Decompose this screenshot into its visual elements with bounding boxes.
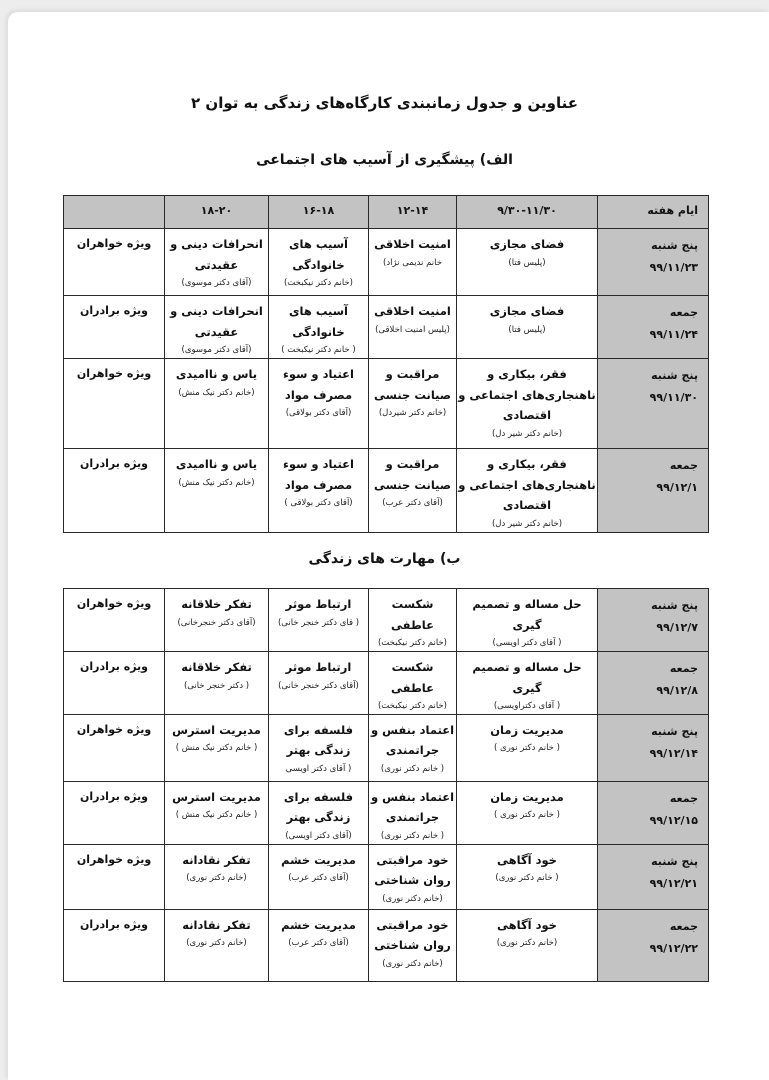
workshop-title: انحرافات دینی و عقیدتی — [165, 234, 268, 275]
workshop-title: انحرافات دینی و عقیدتی — [165, 301, 268, 342]
table-row: پنج شنبه۹۹/۱۲/۱۴مدیریت زمان( خانم دکتر ن… — [64, 714, 709, 781]
workshop-presenter: (آقای دکتر بولاقی) — [269, 406, 368, 420]
workshop-cell: شکست عاطفی(خانم دکتر نیکبخت) — [369, 651, 457, 714]
scanned-schedule-document: { "page": { "title": "عناوین و جدول زمان… — [0, 0, 769, 1080]
day-header-cell: ایام هفته — [598, 196, 709, 229]
day-name: جمعه — [602, 916, 698, 938]
workshop-presenter: (خانم دکتر شیر دل) — [457, 517, 597, 531]
audience-cell: ویژه برادران — [64, 449, 165, 533]
day-date: ۹۹/۱۲/۲۲ — [602, 938, 698, 960]
schedule-table-social-harms: ایام هفته۹/۳۰-۱۱/۳۰۱۲-۱۴۱۶-۱۸۱۸-۲۰پنج شن… — [63, 195, 709, 533]
workshop-presenter: خانم ندیمی نژاد) — [369, 256, 456, 270]
workshop-cell: اعتیاد و سوء مصرف مواد(آقای دکتر بولاقی) — [269, 359, 369, 449]
workshop-title: فقر، بیکاری و ناهنجاری‌های اجتماعی و اقت… — [457, 364, 597, 426]
table-row: پنج شنبه۹۹/۱۱/۲۳فضای مجازی(پلیس فتا)امنی… — [64, 229, 709, 296]
workshop-presenter: (خانم دکتر نوری) — [457, 936, 597, 950]
workshop-cell: مراقبت و صیانت جنسی(آقای دکتر عرب) — [369, 449, 457, 533]
audience-label: ویژه برادران — [64, 304, 164, 317]
workshop-title: تفکر خلاقانه — [165, 594, 268, 615]
workshop-presenter: ( دکتر خنجر خانی) — [165, 679, 268, 693]
audience-cell: ویژه برادران — [64, 781, 165, 844]
audience-cell: ویژه خواهران — [64, 359, 165, 449]
day-date: ۹۹/۱۲/۱ — [602, 477, 698, 499]
table-row: جمعه۹۹/۱۲/۱فقر، بیکاری و ناهنجاری‌های اج… — [64, 449, 709, 533]
workshop-cell: مدیریت زمان( خانم دکتر نوری ) — [457, 781, 598, 844]
workshop-title: آسیب های خانوادگی — [269, 301, 368, 342]
workshop-cell: تفکر خلاقانه( دکتر خنجر خانی) — [165, 651, 269, 714]
time-header-cell: ۱۸-۲۰ — [165, 196, 269, 229]
workshop-title: ارتباط موثر — [269, 657, 368, 678]
table-row: جمعه۹۹/۱۲/۸حل مساله و تصمیم گیری( آقای د… — [64, 651, 709, 714]
workshop-title: مدیریت خشم — [269, 850, 368, 871]
workshop-title: تفکر نقادانه — [165, 850, 268, 871]
table-row: جمعه۹۹/۱۲/۱۵مدیریت زمان( خانم دکتر نوری … — [64, 781, 709, 844]
workshop-presenter: ( آقای دکتراویسی) — [457, 699, 597, 713]
workshop-cell: ارتباط موثر(آقای دکتر خنجر خانی) — [269, 651, 369, 714]
workshop-title: فقر، بیکاری و ناهنجاری‌های اجتماعی و اقت… — [457, 454, 597, 516]
audience-label: ویژه خواهران — [64, 237, 164, 250]
day-name: پنج شنبه — [602, 721, 698, 743]
workshop-presenter: (آقای دکتر عرب) — [269, 871, 368, 885]
workshop-presenter: (پلیس امنیت اخلاقی) — [369, 323, 456, 337]
day-cell: جمعه۹۹/۱۱/۲۴ — [598, 296, 709, 359]
table-row: پنج شنبه۹۹/۱۲/۲۱خود آگاهی( خانم دکتر نور… — [64, 844, 709, 909]
workshop-cell: ارتباط موثر( قای دکتر خنجر خانی) — [269, 589, 369, 652]
workshop-title: اعتماد بنفس و جراتمندی — [369, 720, 456, 761]
workshop-presenter: (خانم دکتر نیک منش) — [165, 476, 268, 490]
workshop-presenter: (خانم دکتر شیردل) — [369, 406, 456, 420]
workshop-presenter: (خانم دکتر شیر دل) — [457, 427, 597, 441]
workshop-title: شکست عاطفی — [369, 657, 456, 698]
workshop-cell: فلسفه برای زندگی بهتر(آقای دکتر اویسی) — [269, 781, 369, 844]
empty-header-cell — [64, 196, 165, 229]
schedule-table-life-skills: پنج شنبه۹۹/۱۲/۷حل مساله و تصمیم گیری( آق… — [63, 588, 709, 982]
workshop-presenter: (خانم دکتر نیک منش) — [165, 386, 268, 400]
workshop-title: مدیریت استرس — [165, 787, 268, 808]
workshop-cell: خود مراقبتی روان شناختی(خانم دکتر نوری) — [369, 909, 457, 981]
workshop-cell: یاس و ناامیدی(خانم دکتر نیک منش) — [165, 449, 269, 533]
workshop-title: خود مراقبتی روان شناختی — [369, 915, 456, 956]
workshop-title: اعتیاد و سوء مصرف مواد — [269, 454, 368, 495]
day-cell: پنج شنبه۹۹/۱۲/۷ — [598, 589, 709, 652]
workshop-cell: فقر، بیکاری و ناهنجاری‌های اجتماعی و اقت… — [457, 359, 598, 449]
workshop-presenter: (آقای دکتر موسوی) — [165, 276, 268, 290]
audience-cell: ویژه برادران — [64, 296, 165, 359]
workshop-presenter: (خانم دکتر نیکبخت) — [269, 276, 368, 290]
workshop-cell: انحرافات دینی و عقیدتی(آقای دکتر موسوی) — [165, 229, 269, 296]
workshop-title: یاس و ناامیدی — [165, 454, 268, 475]
table-header-row: ایام هفته۹/۳۰-۱۱/۳۰۱۲-۱۴۱۶-۱۸۱۸-۲۰ — [64, 196, 709, 229]
workshop-cell: اعتماد بنفس و جراتمندی( خانم دکتر نوری) — [369, 714, 457, 781]
day-cell: جمعه۹۹/۱۲/۲۲ — [598, 909, 709, 981]
day-cell: پنج شنبه۹۹/۱۲/۲۱ — [598, 844, 709, 909]
workshop-presenter: ( آقای دکتر اویسی) — [457, 636, 597, 650]
workshop-title: آسیب های خانوادگی — [269, 234, 368, 275]
table-row: جمعه۹۹/۱۲/۲۲خود آگاهی(خانم دکتر نوری)خود… — [64, 909, 709, 981]
workshop-presenter: (پلیس فتا) — [457, 323, 597, 337]
workshop-cell: فضای مجازی(پلیس فتا) — [457, 296, 598, 359]
workshop-cell: تفکر خلاقانه(آقای دکتر خنجرخانی) — [165, 589, 269, 652]
time-header-cell: ۱۶-۱۸ — [269, 196, 369, 229]
audience-cell: ویژه خواهران — [64, 589, 165, 652]
day-name: جمعه — [602, 455, 698, 477]
workshop-title: تفکر نقادانه — [165, 915, 268, 936]
workshop-presenter: (خانم دکتر نوری) — [369, 892, 456, 906]
day-name: پنج شنبه — [602, 235, 698, 257]
workshop-cell: مدیریت خشم(آقای دکتر عرب) — [269, 844, 369, 909]
workshop-presenter: (آقای دکتر موسوی) — [165, 343, 268, 357]
workshop-title: مدیریت زمان — [457, 787, 597, 808]
audience-label: ویژه خواهران — [64, 597, 164, 610]
audience-cell: ویژه برادران — [64, 651, 165, 714]
workshop-presenter: ( قای دکتر خنجر خانی) — [269, 616, 368, 630]
workshop-cell: فقر، بیکاری و ناهنجاری‌های اجتماعی و اقت… — [457, 449, 598, 533]
audience-cell: ویژه خواهران — [64, 844, 165, 909]
day-cell: جمعه۹۹/۱۲/۸ — [598, 651, 709, 714]
workshop-cell: فضای مجازی(پلیس فتا) — [457, 229, 598, 296]
workshop-presenter: (آقای دکتر خنجر خانی) — [269, 679, 368, 693]
workshop-title: خود آگاهی — [457, 850, 597, 871]
day-date: ۹۹/۱۱/۲۳ — [602, 257, 698, 279]
workshop-presenter: ( خانم دکتر نوری) — [369, 829, 456, 843]
workshop-presenter: (آقای دکتر عرب) — [369, 496, 456, 510]
workshop-title: شکست عاطفی — [369, 594, 456, 635]
day-cell: پنج شنبه۹۹/۱۱/۲۳ — [598, 229, 709, 296]
table-row: پنج شنبه۹۹/۱۱/۳۰فقر، بیکاری و ناهنجاری‌ه… — [64, 359, 709, 449]
workshop-cell: مدیریت استرس( خانم دکتر نیک منش ) — [165, 781, 269, 844]
workshop-cell: اعتیاد و سوء مصرف مواد(آقای دکتر بولاقی … — [269, 449, 369, 533]
day-name: پنج شنبه — [602, 365, 698, 387]
workshop-presenter: (آقای دکتر عرب) — [269, 936, 368, 950]
workshop-title: حل مساله و تصمیم گیری — [457, 594, 597, 635]
audience-label: ویژه برادران — [64, 660, 164, 673]
workshop-title: مدیریت زمان — [457, 720, 597, 741]
workshop-presenter: (خانم دکتر نوری) — [369, 957, 456, 971]
workshop-title: ارتباط موثر — [269, 594, 368, 615]
workshop-cell: حل مساله و تصمیم گیری( آقای دکتراویسی) — [457, 651, 598, 714]
workshop-title: فلسفه برای زندگی بهتر — [269, 720, 368, 761]
workshop-cell: اعتماد بنفس و جراتمندی( خانم دکتر نوری) — [369, 781, 457, 844]
table-row: پنج شنبه۹۹/۱۲/۷حل مساله و تصمیم گیری( آق… — [64, 589, 709, 652]
workshop-presenter: (آقای دکتر خنجرخانی) — [165, 616, 268, 630]
workshop-cell: مراقبت و صیانت جنسی(خانم دکتر شیردل) — [369, 359, 457, 449]
audience-label: ویژه خواهران — [64, 723, 164, 736]
audience-cell: ویژه خواهران — [64, 229, 165, 296]
day-name: پنج شنبه — [602, 851, 698, 873]
workshop-cell: شکست عاطفی(خانم دکتر نیکبخت) — [369, 589, 457, 652]
day-name: جمعه — [602, 658, 698, 680]
workshop-presenter: ( خانم دکتر نیک منش ) — [165, 808, 268, 822]
workshop-cell: یاس و ناامیدی(خانم دکتر نیک منش) — [165, 359, 269, 449]
workshop-title: اعتماد بنفس و جراتمندی — [369, 787, 456, 828]
day-cell: جمعه۹۹/۱۲/۱ — [598, 449, 709, 533]
day-cell: پنج شنبه۹۹/۱۲/۱۴ — [598, 714, 709, 781]
day-date: ۹۹/۱۱/۲۴ — [602, 324, 698, 346]
workshop-presenter: ( خانم دکتر نیک منش ) — [165, 741, 268, 755]
workshop-presenter: (خانم دکتر نوری) — [165, 871, 268, 885]
workshop-cell: خود مراقبتی روان شناختی(خانم دکتر نوری) — [369, 844, 457, 909]
workshop-cell: امنیت اخلاقی(پلیس امنیت اخلاقی) — [369, 296, 457, 359]
workshop-cell: آسیب های خانوادگی(خانم دکتر نیکبخت) — [269, 229, 369, 296]
day-date: ۹۹/۱۱/۳۰ — [602, 387, 698, 409]
workshop-title: خود مراقبتی روان شناختی — [369, 850, 456, 891]
day-cell: پنج شنبه۹۹/۱۱/۳۰ — [598, 359, 709, 449]
page-title: عناوین و جدول زمانبندی کارگاه‌های زندگی … — [0, 94, 769, 112]
day-date: ۹۹/۱۲/۱۵ — [602, 810, 698, 832]
workshop-title: مدیریت خشم — [269, 915, 368, 936]
workshop-cell: خود آگاهی(خانم دکتر نوری) — [457, 909, 598, 981]
workshop-presenter: (آقای دکتر اویسی) — [269, 829, 368, 843]
day-name: جمعه — [602, 302, 698, 324]
workshop-title: حل مساله و تصمیم گیری — [457, 657, 597, 698]
time-header-cell: ۹/۳۰-۱۱/۳۰ — [457, 196, 598, 229]
day-date: ۹۹/۱۲/۸ — [602, 680, 698, 702]
workshop-presenter: ( خانم دکتر نیکبخت ) — [269, 343, 368, 357]
workshop-cell: تفکر نقادانه(خانم دکتر نوری) — [165, 844, 269, 909]
audience-label: ویژه برادران — [64, 457, 164, 470]
workshop-cell: خود آگاهی( خانم دکتر نوری) — [457, 844, 598, 909]
audience-label: ویژه برادران — [64, 790, 164, 803]
audience-cell: ویژه برادران — [64, 909, 165, 981]
workshop-title: مراقبت و صیانت جنسی — [369, 454, 456, 495]
audience-label: ویژه خواهران — [64, 853, 164, 866]
workshop-cell: انحرافات دینی و عقیدتی(آقای دکتر موسوی) — [165, 296, 269, 359]
workshop-title: اعتیاد و سوء مصرف مواد — [269, 364, 368, 405]
workshop-presenter: (خانم دکتر نیکبخت) — [369, 636, 456, 650]
table-row: جمعه۹۹/۱۱/۲۴فضای مجازی(پلیس فتا)امنیت اخ… — [64, 296, 709, 359]
workshop-presenter: (خانم دکتر نوری) — [165, 936, 268, 950]
workshop-title: امنیت اخلاقی — [369, 234, 456, 255]
workshop-title: مدیریت استرس — [165, 720, 268, 741]
audience-label: ویژه خواهران — [64, 367, 164, 380]
section-a-title: الف) پیشگیری از آسیب های اجتماعی — [0, 152, 769, 168]
workshop-presenter: ( خانم دکتر نوری ) — [457, 808, 597, 822]
workshop-presenter: ( آقای دکتر اویسی — [269, 762, 368, 776]
day-date: ۹۹/۱۲/۱۴ — [602, 743, 698, 765]
day-name: جمعه — [602, 788, 698, 810]
workshop-presenter: (پلیس فتا) — [457, 256, 597, 270]
workshop-presenter: (خانم دکتر نیکبخت) — [369, 699, 456, 713]
workshop-cell: مدیریت زمان( خانم دکتر نوری ) — [457, 714, 598, 781]
workshop-cell: فلسفه برای زندگی بهتر( آقای دکتر اویسی — [269, 714, 369, 781]
audience-cell: ویژه خواهران — [64, 714, 165, 781]
workshop-title: فلسفه برای زندگی بهتر — [269, 787, 368, 828]
workshop-title: خود آگاهی — [457, 915, 597, 936]
workshop-cell: مدیریت خشم(آقای دکتر عرب) — [269, 909, 369, 981]
workshop-presenter: ( خانم دکتر نوری ) — [457, 741, 597, 755]
workshop-cell: تفکر نقادانه(خانم دکتر نوری) — [165, 909, 269, 981]
workshop-title: مراقبت و صیانت جنسی — [369, 364, 456, 405]
workshop-cell: حل مساله و تصمیم گیری( آقای دکتر اویسی) — [457, 589, 598, 652]
day-name: پنج شنبه — [602, 595, 698, 617]
section-b-title: ب) مهارت های زندگی — [0, 551, 769, 567]
time-header-cell: ۱۲-۱۴ — [369, 196, 457, 229]
workshop-presenter: (آقای دکتر بولاقی ) — [269, 496, 368, 510]
workshop-cell: آسیب های خانوادگی( خانم دکتر نیکبخت ) — [269, 296, 369, 359]
day-date: ۹۹/۱۲/۲۱ — [602, 873, 698, 895]
workshop-cell: مدیریت استرس( خانم دکتر نیک منش ) — [165, 714, 269, 781]
workshop-title: فضای مجازی — [457, 234, 597, 255]
workshop-title: یاس و ناامیدی — [165, 364, 268, 385]
day-date: ۹۹/۱۲/۷ — [602, 617, 698, 639]
workshop-title: فضای مجازی — [457, 301, 597, 322]
workshop-cell: امنیت اخلاقیخانم ندیمی نژاد) — [369, 229, 457, 296]
workshop-title: تفکر خلاقانه — [165, 657, 268, 678]
audience-label: ویژه برادران — [64, 918, 164, 931]
day-cell: جمعه۹۹/۱۲/۱۵ — [598, 781, 709, 844]
workshop-title: امنیت اخلاقی — [369, 301, 456, 322]
workshop-presenter: ( خانم دکتر نوری) — [457, 871, 597, 885]
workshop-presenter: ( خانم دکتر نوری) — [369, 762, 456, 776]
